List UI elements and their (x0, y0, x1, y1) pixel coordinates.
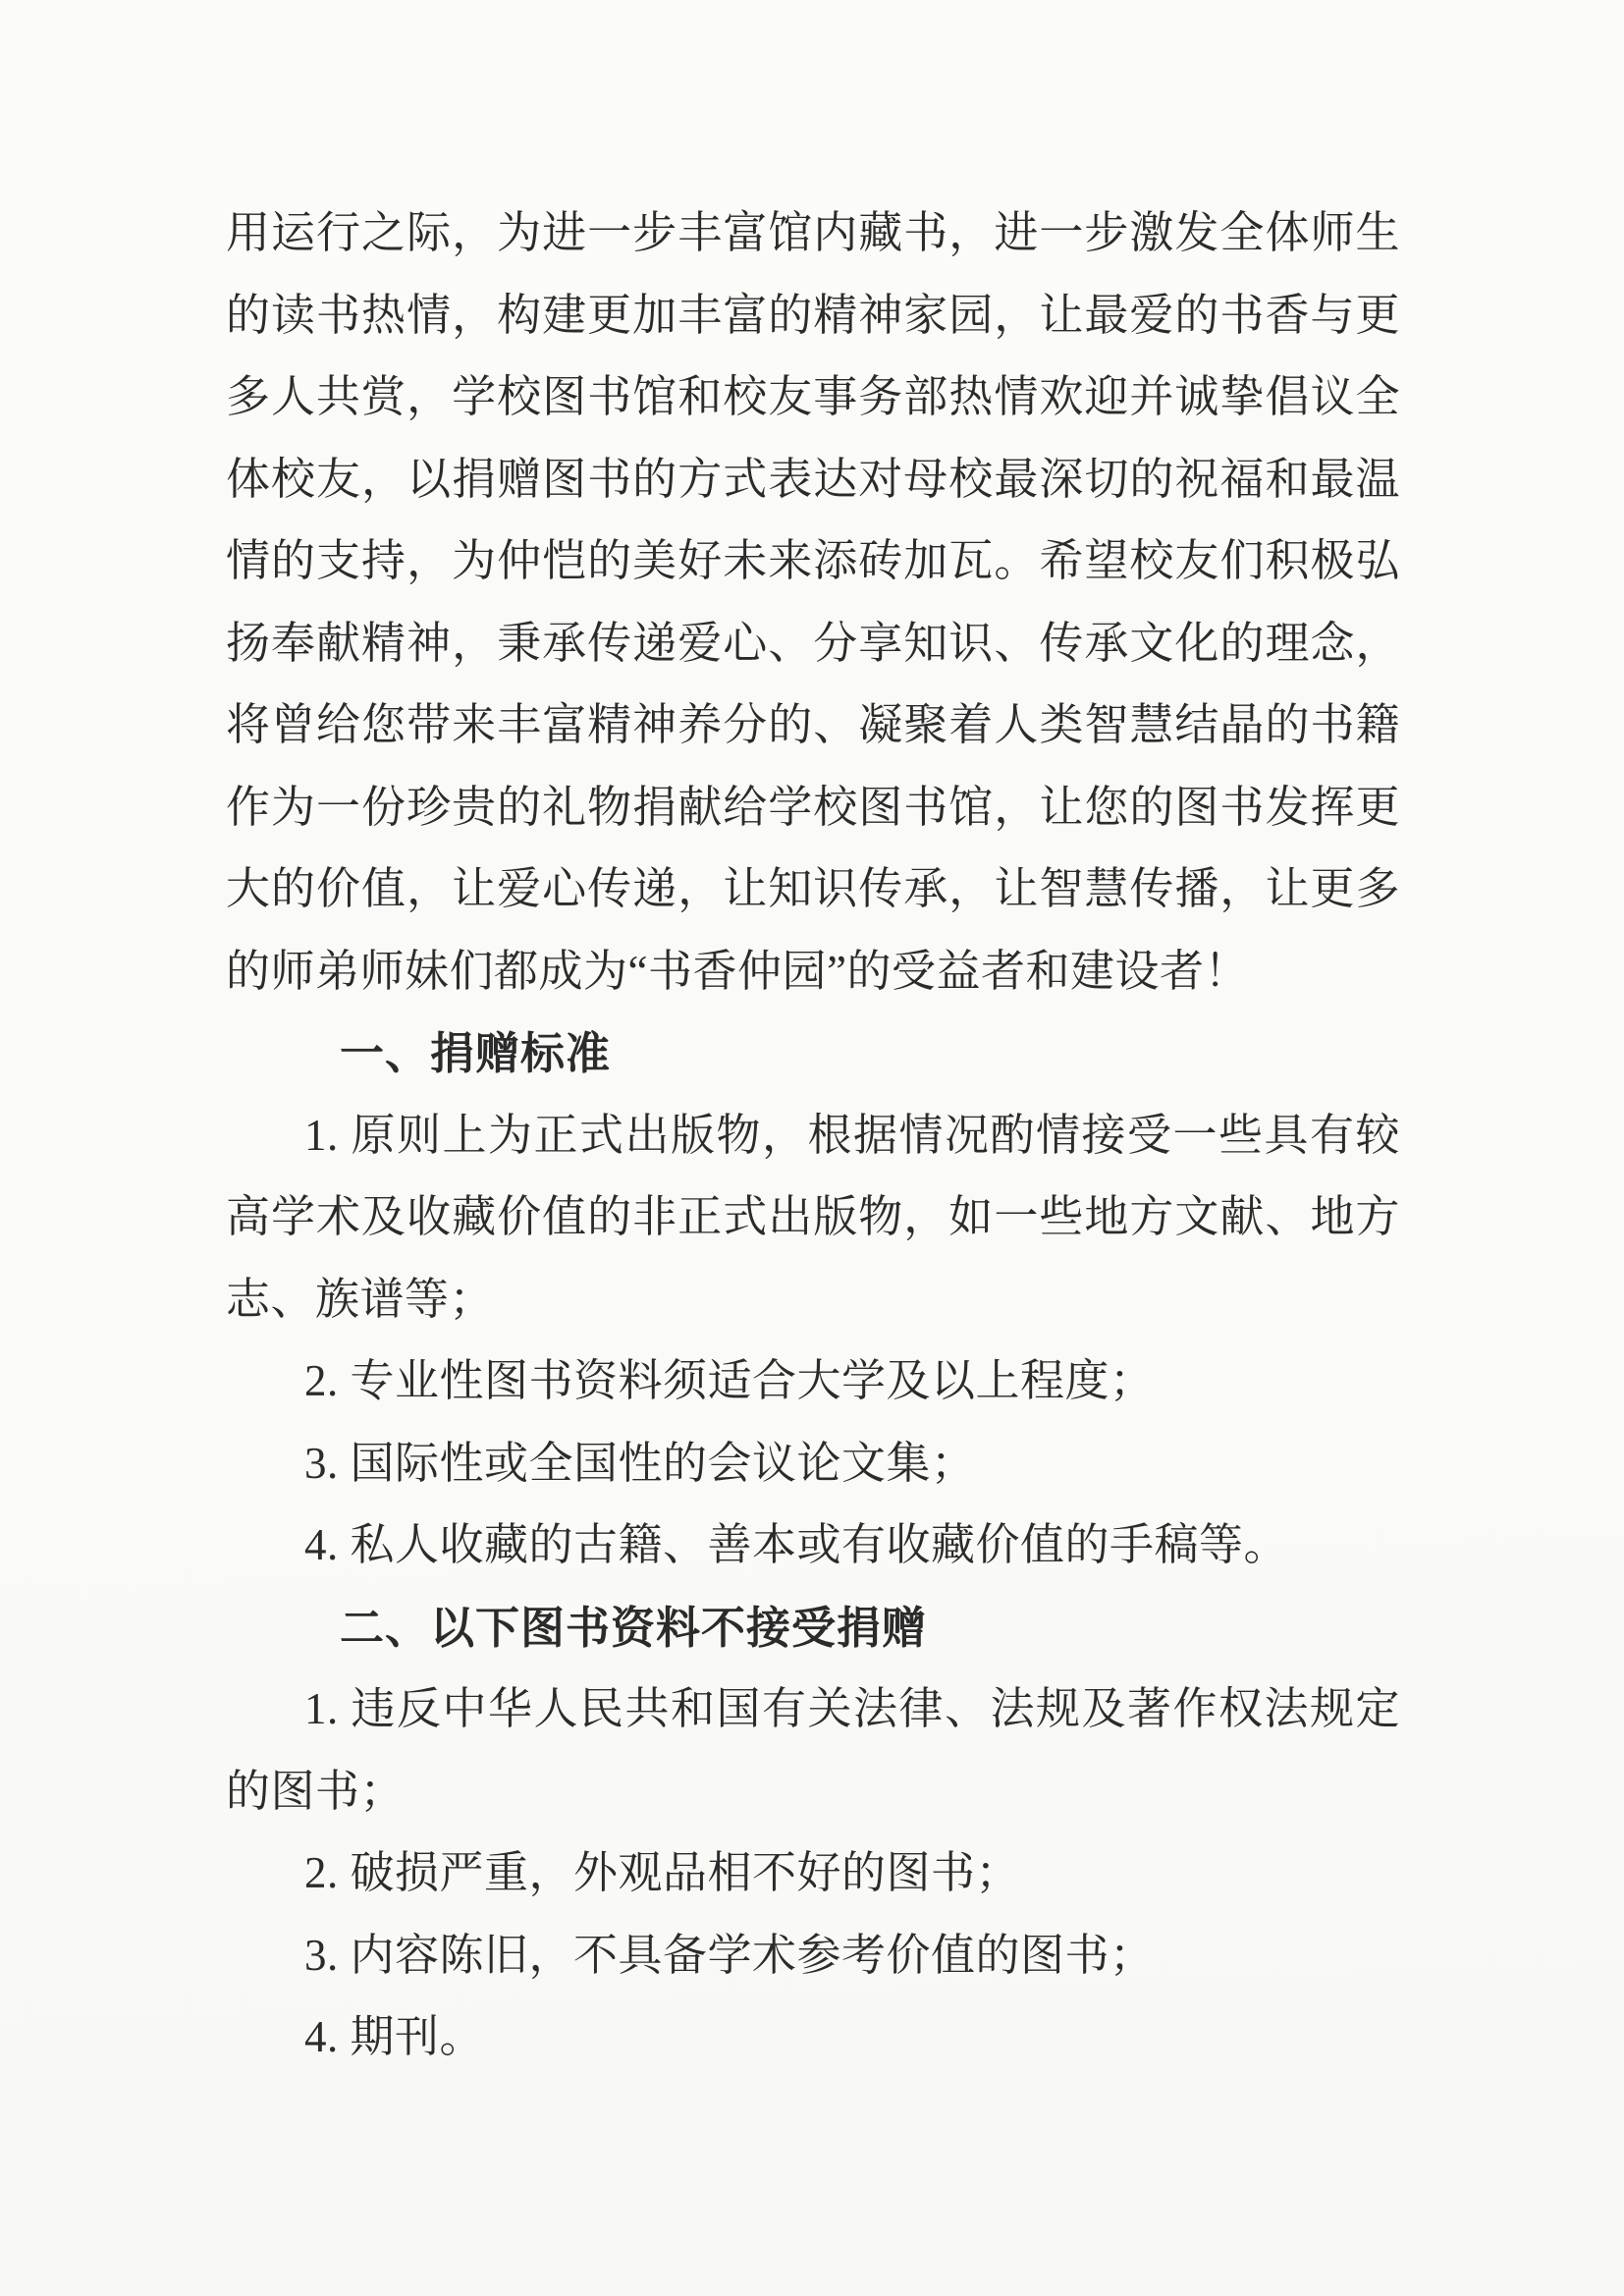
text-line: 1. 违反中华人民共和国有关法律、法规及著作权法规定 (226, 1668, 1400, 1751)
text-line: 志、族谱等； (226, 1259, 1400, 1341)
text-line: 2. 破损严重，外观品相不好的图书； (226, 1832, 1400, 1915)
text-line: 4. 期刊。 (226, 1996, 1400, 2079)
text-line: 的师弟师妹们都成为“书香仲园”的受益者和建设者！ (226, 931, 1400, 1013)
scanned-page: 用运行之际，为进一步丰富馆内藏书，进一步激发全体师生的读书热情，构建更加丰富的精… (0, 0, 1624, 2296)
text-line: 多人共赏，学校图书馆和校友事务部热情欢迎并诚挚倡议全 (226, 356, 1400, 439)
text-line: 2. 专业性图书资料须适合大学及以上程度； (226, 1340, 1400, 1423)
section-heading: 二、以下图书资料不接受捐赠 (226, 1587, 1400, 1669)
text-line: 的读书热情，构建更加丰富的精神家园，让最爱的书香与更 (226, 275, 1400, 357)
text-line: 高学术及收藏价值的非正式出版物，如一些地方文献、地方 (226, 1176, 1400, 1259)
text-line: 3. 国际性或全国性的会议论文集； (226, 1423, 1400, 1505)
section-heading: 一、捐赠标准 (226, 1012, 1400, 1095)
text-line: 体校友，以捐赠图书的方式表达对母校最深切的祝福和最温 (226, 439, 1400, 521)
text-line: 情的支持，为仲恺的美好未来添砖加瓦。希望校友们积极弘 (226, 520, 1400, 603)
text-line: 将曾给您带来丰富精神养分的、凝聚着人类智慧结晶的书籍 (226, 684, 1400, 767)
text-line: 的图书； (226, 1751, 1400, 1833)
text-line: 3. 内容陈旧，不具备学术参考价值的图书； (226, 1915, 1400, 1997)
text-line: 4. 私人收藏的古籍、善本或有收藏价值的手稿等。 (226, 1504, 1400, 1587)
document-text: 用运行之际，为进一步丰富馆内藏书，进一步激发全体师生的读书热情，构建更加丰富的精… (226, 192, 1400, 2079)
text-line: 大的价值，让爱心传递，让知识传承，让智慧传播，让更多 (226, 848, 1400, 931)
text-line: 用运行之际，为进一步丰富馆内藏书，进一步激发全体师生 (226, 192, 1400, 275)
text-line: 1. 原则上为正式出版物，根据情况酌情接受一些具有较 (226, 1095, 1400, 1177)
text-line: 扬奉献精神，秉承传递爱心、分享知识、传承文化的理念， (226, 603, 1400, 685)
text-line: 作为一份珍贵的礼物捐献给学校图书馆，让您的图书发挥更 (226, 767, 1400, 849)
